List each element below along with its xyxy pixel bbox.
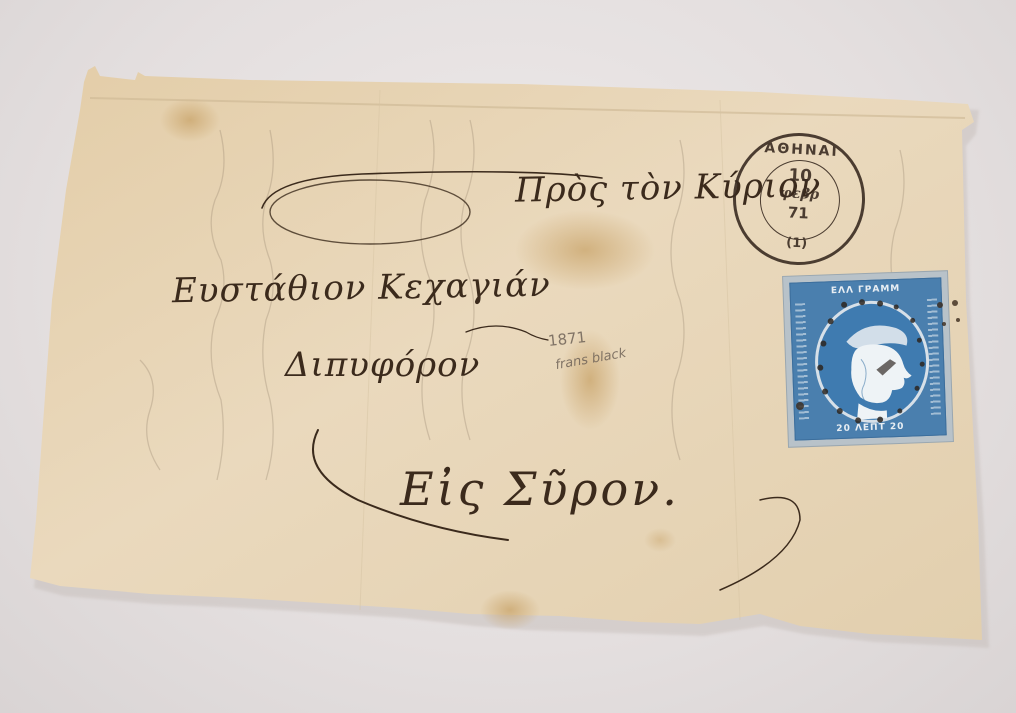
address-line-4: Εἰς Σῦρον. (400, 462, 680, 516)
address-line-3: Διπυφόρον (285, 345, 480, 385)
postmark: ΑΘΗΝΑΙ 10 φεβρ 71 (1) (730, 130, 869, 269)
stamp-cancellation-dots (783, 271, 953, 447)
envelope: Πρὸς τὸν Κύριον Ευστάθιον Κεχαγιάν Διπυφ… (0, 0, 1016, 713)
address-line-2: Ευστάθιον Κεχαγιάν (172, 265, 551, 312)
hermes-head-stamp: ΕΛΛ ΓΡΑΜΜ 20 ΛΕΠΤ 20 (783, 271, 953, 447)
postmark-year: 71 (735, 201, 862, 226)
